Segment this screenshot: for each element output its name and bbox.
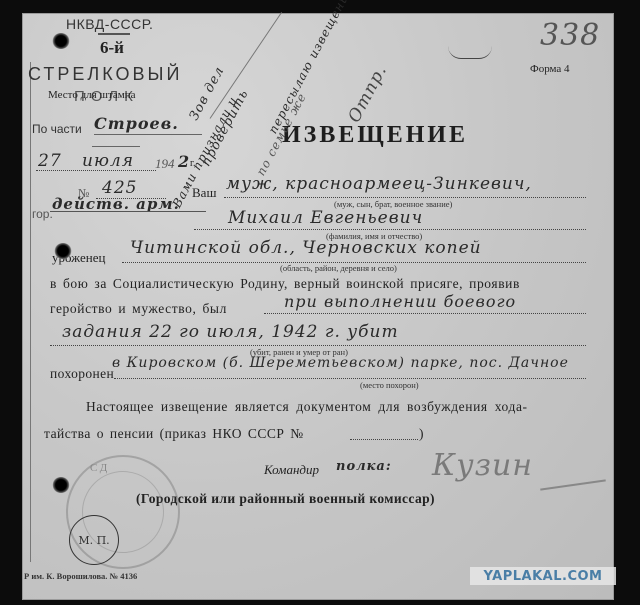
circumstance-value-2: задания 22 го июля, 1942 г. убит xyxy=(62,322,399,342)
date-month: июля xyxy=(82,151,134,171)
burial-underline xyxy=(114,378,586,379)
header-rule-2 xyxy=(92,146,140,147)
commander-value: полка: xyxy=(336,459,392,474)
commissar-caption: (Городской или районный военный комиссар… xyxy=(136,491,435,507)
circumstance-value-1: при выполнении боевого xyxy=(284,292,516,311)
burial-caption: (место похорон) xyxy=(360,380,419,390)
archive-number: 338 xyxy=(540,18,600,53)
body-line-1: в бою за Социалистическую Родину, верный… xyxy=(50,276,520,292)
notice-line-2-end: ) xyxy=(419,426,424,442)
unit-type: СТРЕЛКОВЫЙ xyxy=(28,64,182,85)
signature-scrawl: Кузин xyxy=(432,448,533,483)
city-label: гор. xyxy=(32,207,53,221)
date-underline xyxy=(36,170,156,171)
agency-name: НКВД-СССР. xyxy=(66,16,153,32)
notice-line-1: Настоящее извещение является документом … xyxy=(86,399,528,415)
header-rule-1 xyxy=(98,33,130,35)
bullet-hole-top xyxy=(52,33,70,49)
annotation-5: по семье же xyxy=(266,160,358,179)
pencil-mark xyxy=(448,46,492,59)
unit-number: 6-й xyxy=(100,38,124,58)
annotation-6: Отпр. xyxy=(362,106,424,126)
circumstance-underline-2 xyxy=(50,345,586,346)
site-watermark: YAPLAKAL.COM xyxy=(470,567,616,585)
left-margin-line xyxy=(30,62,31,562)
form-label: Форма 4 xyxy=(530,63,570,75)
bullet-hole-middle xyxy=(54,243,72,259)
burial-value: в Кировском (б. Шереметьевском) парке, п… xyxy=(112,355,569,371)
date-year-prefix: 194 xyxy=(155,156,175,172)
stamp-place-label: Место для штампа xyxy=(48,89,136,101)
bullet-hole-bottom xyxy=(52,477,70,493)
department-underline xyxy=(94,134,202,135)
notice-line-2: тайства о пенсии (приказ НКО СССР № xyxy=(44,426,304,442)
name-value: Михаил Евгеньевич xyxy=(228,208,423,228)
annotation-3: Вами признали и xyxy=(182,192,306,211)
origin-value: Читинской обл., Черновских копей xyxy=(130,238,482,258)
stamp-placeholder-label: М. П. xyxy=(78,534,109,547)
origin-caption: (область, район, деревня и село) xyxy=(280,263,397,273)
seal-text: СД xyxy=(90,462,110,474)
circumstance-underline-1 xyxy=(264,313,586,314)
department-value: Строев. xyxy=(94,114,179,133)
stamp-placeholder: М. П. xyxy=(69,515,119,565)
name-underline xyxy=(194,229,586,230)
commander-label: Командир xyxy=(264,462,319,478)
footer-print-info: Р им. К. Ворошилова. № 4136 xyxy=(24,571,137,581)
body-line-2-prefix: геройство и мужество, был xyxy=(50,301,227,317)
burial-label: похоронен xyxy=(50,366,114,382)
order-number-underline xyxy=(350,439,418,440)
city-underline xyxy=(50,211,206,212)
date-day: 27 xyxy=(38,151,62,171)
department-label: По части xyxy=(32,122,82,136)
